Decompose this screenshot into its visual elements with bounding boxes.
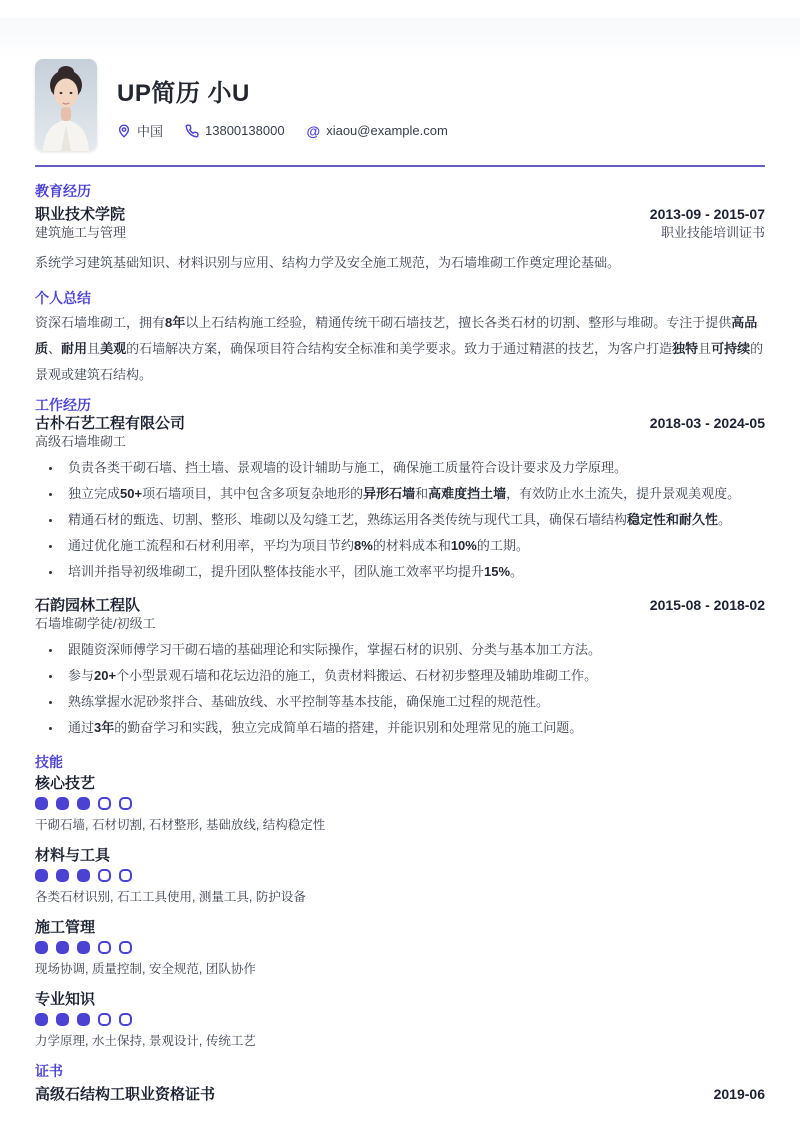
skill-dot-empty [119, 797, 132, 810]
skill-group-core: 核心技艺 干砌石墙, 石材切割, 石材整形, 基础放线, 结构稳定性 [35, 775, 765, 833]
contact-location-text: 中国 [137, 121, 163, 140]
education-major: 建筑施工与管理 [35, 224, 126, 241]
skill-keywords: 力学原理, 水土保持, 景观设计, 传统工艺 [35, 1033, 765, 1049]
school-name: 职业技术学院 [35, 205, 125, 224]
skill-level-dots [35, 797, 765, 810]
skill-group-management: 施工管理 现场协调, 质量控制, 安全规范, 团队协作 [35, 919, 765, 977]
contact-row: 中国 13800138000 @ xiaou@example.com [117, 121, 448, 140]
job-role: 石墙堆砌学徒/初级工 [35, 615, 156, 632]
bullet-item: 独立完成50+项石墙项目，其中包含多项复杂地形的异形石墙和高难度挡土墙，有效防止… [62, 485, 765, 502]
location-icon [117, 124, 131, 138]
summary-section-title: 个人总结 [35, 290, 765, 307]
education-entry-header: 职业技术学院 2013-09 - 2015-07 [35, 205, 765, 224]
skill-group-name: 材料与工具 [35, 847, 765, 865]
bullet-item: 培训并指导初级堆砌工，提升团队整体技能水平，团队施工效率平均提升15%。 [62, 563, 765, 580]
education-certificate: 职业技能培训证书 [661, 224, 765, 241]
certificate-name: 高级石结构工职业资格证书 [35, 1085, 215, 1104]
email-icon: @ [307, 124, 321, 138]
skill-dot-filled [77, 797, 90, 810]
bullet-item: 负责各类干砌石墙、挡土墙、景观墙的设计辅助与施工，确保施工质量符合设计要求及力学… [62, 459, 765, 476]
skill-group-knowledge: 专业知识 力学原理, 水土保持, 景观设计, 传统工艺 [35, 991, 765, 1049]
skill-keywords: 干砌石墙, 石材切割, 石材整形, 基础放线, 结构稳定性 [35, 817, 765, 833]
certificates-section-title: 证书 [35, 1063, 765, 1080]
section-summary: 个人总结 资深石墙堆砌工，拥有8年以上石结构施工经验，精通传统干砌石墙技艺，擅长… [35, 290, 765, 388]
phone-icon [185, 124, 199, 138]
skill-group-name: 核心技艺 [35, 775, 765, 793]
job-entry-2: 石韵园林工程队 2015-08 - 2018-02 石墙堆砌学徒/初级工 跟随资… [35, 596, 765, 736]
skill-keywords: 现场协调, 质量控制, 安全规范, 团队协作 [35, 961, 765, 977]
experience-section-title: 工作经历 [35, 397, 765, 414]
job-entry-header: 古朴石艺工程有限公司 2018-03 - 2024-05 [35, 414, 765, 433]
header-divider [35, 165, 765, 167]
skill-group-materials: 材料与工具 各类石材识别, 石工工具使用, 测量工具, 防护设备 [35, 847, 765, 905]
bullet-item: 熟练掌握水泥砂浆拌合、基础放线、水平控制等基本技能，确保施工过程的规范性。 [62, 693, 765, 710]
skill-dot-filled [77, 941, 90, 954]
job-bullet-list: 跟随资深师傅学习干砌石墙的基础理论和实际操作，掌握石材的识别、分类与基本加工方法… [35, 641, 765, 736]
skill-keywords: 各类石材识别, 石工工具使用, 测量工具, 防护设备 [35, 889, 765, 905]
candidate-name: UP简历 小U [117, 73, 448, 108]
job-entry-1: 古朴石艺工程有限公司 2018-03 - 2024-05 高级石墙堆砌工 负责各… [35, 414, 765, 580]
job-date-range: 2015-08 - 2018-02 [650, 597, 765, 613]
skill-dot-empty [98, 869, 111, 882]
bullet-item: 参与20+个小型景观石墙和花坛边沿的施工，负责材料搬运、石材初步整理及辅助堆砌工… [62, 667, 765, 684]
bullet-item: 精通石材的甄选、切割、整形、堆砌以及勾缝工艺，熟练运用各类传统与现代工具，确保石… [62, 511, 765, 528]
job-entry-sub: 石墙堆砌学徒/初级工 [35, 615, 765, 632]
skill-dot-filled [77, 869, 90, 882]
skill-dot-empty [98, 797, 111, 810]
skill-dot-empty [98, 1013, 111, 1026]
section-skills: 技能 核心技艺 干砌石墙, 石材切割, 石材整形, 基础放线, 结构稳定性 材料… [35, 754, 765, 1049]
skill-dot-filled [77, 1013, 90, 1026]
company-name: 古朴石艺工程有限公司 [35, 414, 185, 433]
skill-dot-filled [56, 869, 69, 882]
skill-dot-filled [35, 941, 48, 954]
job-role: 高级石墙堆砌工 [35, 433, 126, 450]
skill-dot-empty [119, 869, 132, 882]
job-entry-header: 石韵园林工程队 2015-08 - 2018-02 [35, 596, 765, 615]
section-experience: 工作经历 古朴石艺工程有限公司 2018-03 - 2024-05 高级石墙堆砌… [35, 397, 765, 736]
job-date-range: 2018-03 - 2024-05 [650, 415, 765, 431]
section-certificates: 证书 高级石结构工职业资格证书 2019-06 [35, 1063, 765, 1104]
skill-dot-filled [35, 797, 48, 810]
skill-dot-filled [56, 1013, 69, 1026]
bullet-item: 通过优化施工流程和石材利用率，平均为项目节约8%的材料成本和10%的工期。 [62, 537, 765, 554]
skill-dot-filled [56, 941, 69, 954]
education-date-range: 2013-09 - 2015-07 [650, 206, 765, 222]
resume-header: UP简历 小U 中国 [35, 0, 765, 151]
certificate-date: 2019-06 [714, 1086, 765, 1102]
skill-group-name: 专业知识 [35, 991, 765, 1009]
bullet-item: 跟随资深师傅学习干砌石墙的基础理论和实际操作，掌握石材的识别、分类与基本加工方法… [62, 641, 765, 658]
job-entry-sub: 高级石墙堆砌工 [35, 433, 765, 450]
contact-phone-text: 13800138000 [205, 123, 285, 138]
contact-email: @ xiaou@example.com [307, 123, 448, 138]
contact-email-text: xiaou@example.com [326, 123, 448, 138]
company-name: 石韵园林工程队 [35, 596, 140, 615]
profile-photo [35, 59, 97, 151]
skill-level-dots [35, 1013, 765, 1026]
skill-group-name: 施工管理 [35, 919, 765, 937]
skill-dot-empty [98, 941, 111, 954]
skill-dot-empty [119, 941, 132, 954]
contact-phone: 13800138000 [185, 123, 285, 138]
job-bullet-list: 负责各类干砌石墙、挡土墙、景观墙的设计辅助与施工，确保施工质量符合设计要求及力学… [35, 459, 765, 580]
skill-dot-filled [35, 869, 48, 882]
certificate-entry: 高级石结构工职业资格证书 2019-06 [35, 1085, 765, 1104]
skill-level-dots [35, 869, 765, 882]
summary-paragraph: 资深石墙堆砌工，拥有8年以上石结构施工经验，精通传统干砌石墙技艺，擅长各类石材的… [35, 310, 765, 388]
skills-section-title: 技能 [35, 754, 765, 771]
section-education: 教育经历 职业技术学院 2013-09 - 2015-07 建筑施工与管理 职业… [35, 183, 765, 272]
skill-dot-filled [56, 797, 69, 810]
skill-dot-filled [35, 1013, 48, 1026]
contact-location: 中国 [117, 121, 163, 140]
bullet-item: 通过3年的勤奋学习和实践，独立完成简单石墙的搭建，并能识别和处理常见的施工问题。 [62, 719, 765, 736]
education-entry-sub: 建筑施工与管理 职业技能培训证书 [35, 224, 765, 241]
skill-dot-empty [119, 1013, 132, 1026]
education-description: 系统学习建筑基础知识、材料识别与应用、结构力学及安全施工规范，为石墙堆砌工作奠定… [35, 253, 765, 272]
education-section-title: 教育经历 [35, 183, 765, 200]
header-identity: UP简历 小U 中国 [117, 59, 448, 151]
skill-level-dots [35, 941, 765, 954]
resume-page: UP简历 小U 中国 [0, 0, 800, 1104]
